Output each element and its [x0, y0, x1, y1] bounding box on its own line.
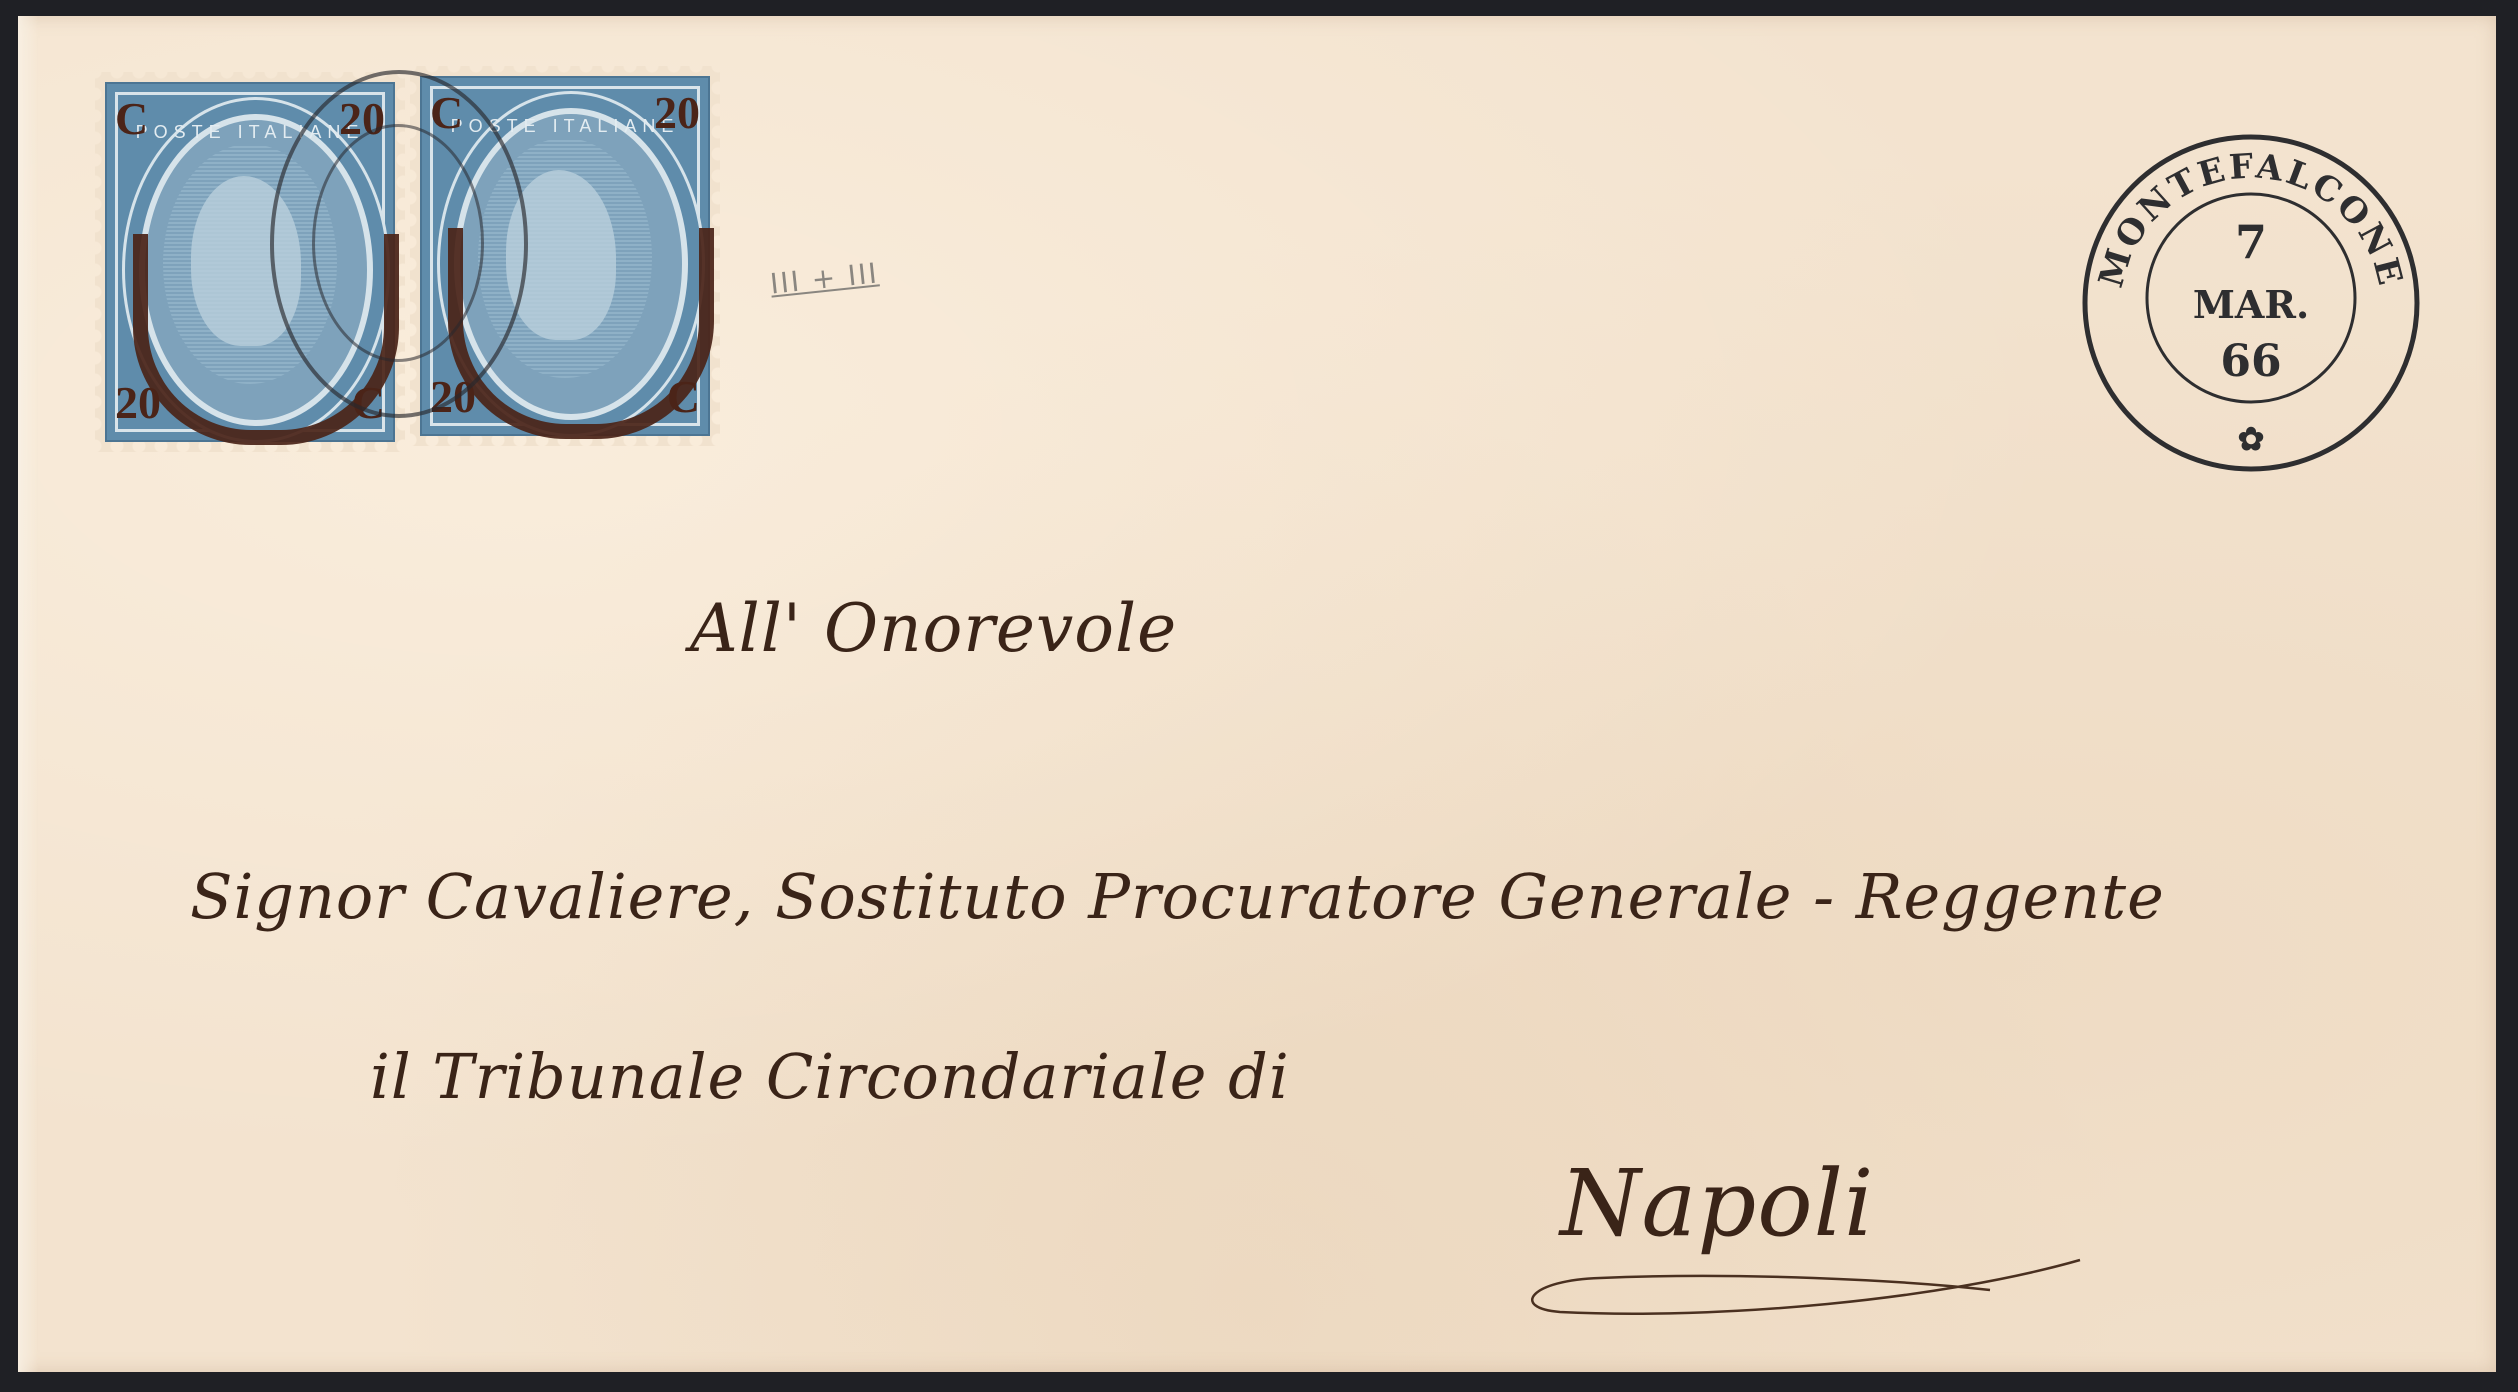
address-line-3: il Tribunale Circondariale di: [370, 1040, 1290, 1113]
surcharge-top-right: 20: [654, 90, 700, 136]
postmark: MONTEFALCONE 7 MAR. 66 ✿: [2078, 130, 2424, 476]
paper-edge: [18, 16, 38, 1372]
surcharge-bottom-left: 20: [115, 380, 161, 426]
postmark-circle-icon: MONTEFALCONE 7 MAR. 66 ✿: [2078, 130, 2424, 476]
postmark-year: 66: [2220, 336, 2281, 387]
surcharge-top-left: C: [115, 96, 148, 142]
surcharge-bottom-right: C: [667, 374, 700, 420]
postmark-day: 7: [2235, 215, 2267, 269]
address-line-2: Signor Cavaliere, Sostituto Procuratore …: [190, 860, 2165, 933]
postmark-month: MAR.: [2193, 282, 2309, 327]
flourish-underline-icon: [1520, 1240, 2120, 1330]
cancellation-ring-icon: [270, 70, 528, 418]
address-line-1: All' Onorevole: [690, 590, 1177, 667]
postmark-ornament-icon: ✿: [2238, 420, 2265, 458]
